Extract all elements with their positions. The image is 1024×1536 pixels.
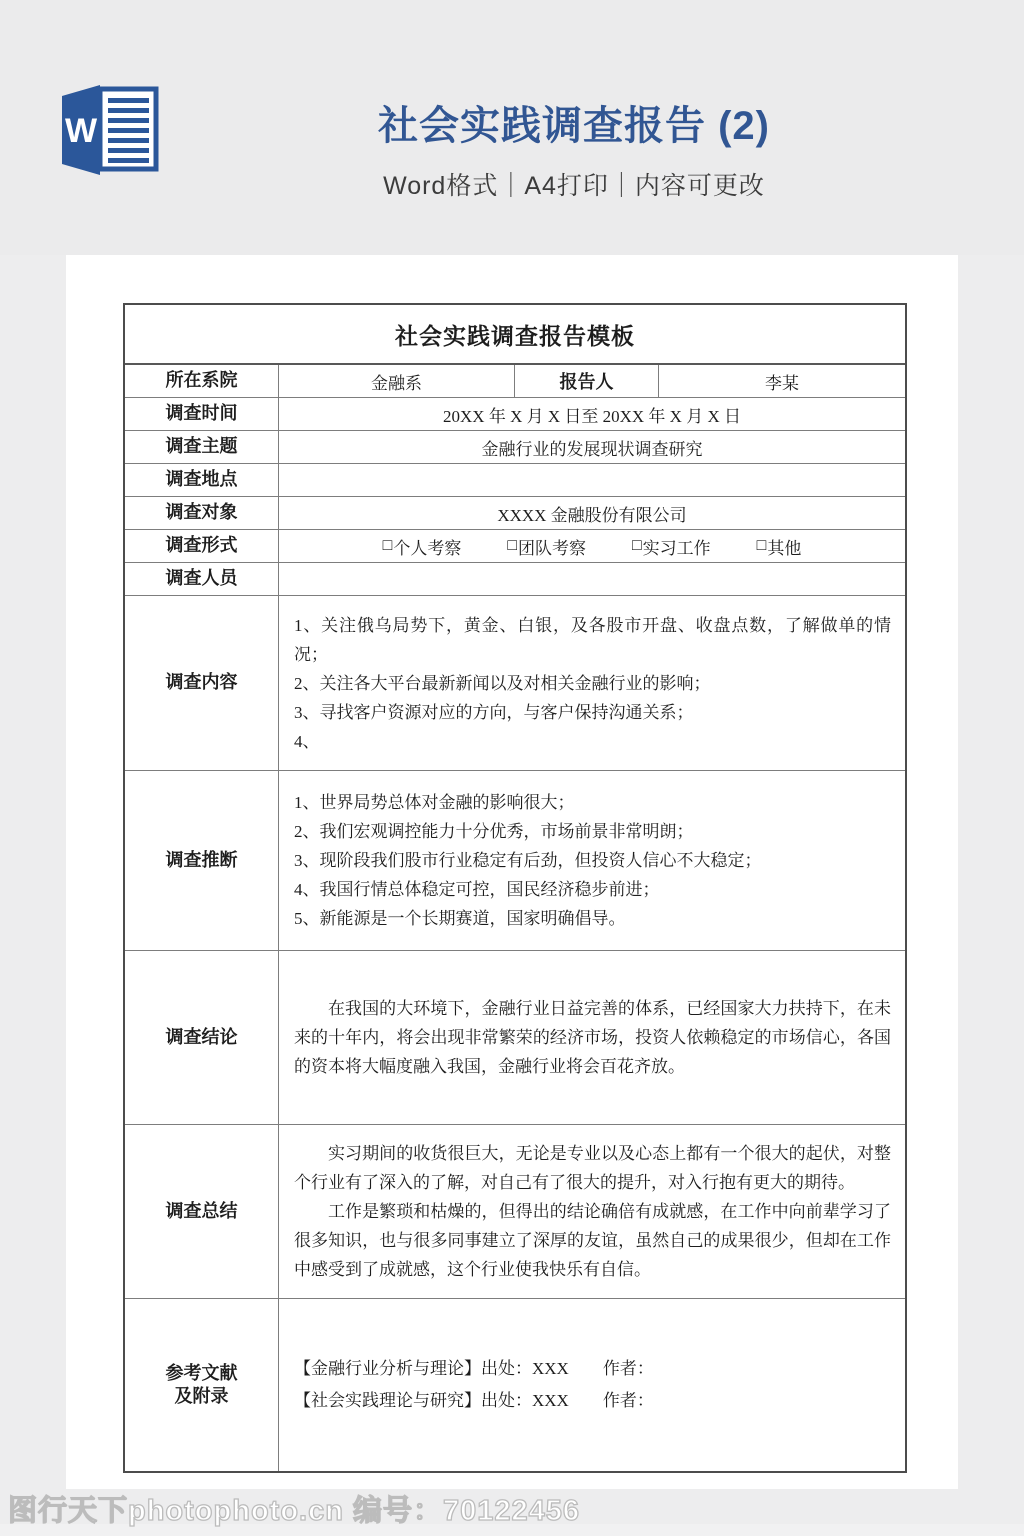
section-label: 调查内容: [125, 596, 279, 770]
checkbox-icon: □: [507, 537, 517, 555]
checkbox-icon: □: [757, 537, 767, 555]
content-line: 3、寻找客户资源对应的方向，与客户保持沟通关系；: [294, 698, 891, 727]
row-label: 调查对象: [125, 497, 279, 529]
row-label: 调查主题: [125, 431, 279, 463]
section-content: 调查内容 1、关注俄乌局势下，黄金、白银，及各股市开盘、收盘点数，了解做单的情况…: [125, 596, 905, 771]
section-references: 参考文献 及附录 【金融行业分析与理论】出处：XXX 作者： 【社会实践理论与研…: [125, 1299, 905, 1471]
word-letter: W: [65, 112, 98, 150]
report-table: 社会实践调查报告模板 所在系院 金融系 报告人 李某 调查时间 20XX 年 X…: [123, 303, 907, 1473]
target-value: XXXX 金融股份有限公司: [279, 497, 905, 529]
inference-line: 5、新能源是一个长期赛道，国家明确倡导。: [294, 904, 891, 933]
section-body: 1、关注俄乌局势下，黄金、白银，及各股市开盘、收盘点数，了解做单的情况； 2、关…: [279, 596, 905, 770]
section-label: 参考文献 及附录: [125, 1299, 279, 1471]
summary-paragraph: 工作是繁琐和枯燥的，但得出的结论确倍有成就感，在工作中向前辈学习了很多知识，也与…: [294, 1197, 891, 1284]
inference-line: 3、现阶段我们股市行业稳定有后劲，但投资人信心不大稳定；: [294, 846, 891, 875]
content-line: 1、关注俄乌局势下，黄金、白银，及各股市开盘、收盘点数，了解做单的情况；: [294, 611, 891, 669]
content-line: 4、: [294, 727, 891, 756]
reference-line: 【社会实践理论与研究】出处：XXX 作者：: [294, 1385, 891, 1417]
summary-paragraph: 实习期间的收货很巨大，无论是专业以及心态上都有一个很大的起伏，对整个行业有了深入…: [294, 1139, 891, 1197]
personnel-value: [279, 563, 905, 595]
preview-header: W 社会实践调查报告 (2) Word格式｜A4打印｜内容可更改: [0, 0, 1024, 255]
checkbox-option-team[interactable]: □ 团队考察: [507, 534, 586, 559]
checkbox-option-internship[interactable]: □ 实习工作: [632, 534, 711, 559]
checkbox-label: 个人考察: [393, 534, 461, 559]
location-value: [279, 464, 905, 496]
section-conclusion: 调查结论 在我国的大环境下，金融行业日益完善的体系，已经国家大力扶持下，在未来的…: [125, 951, 905, 1125]
section-body: 实习期间的收货很巨大，无论是专业以及心态上都有一个很大的起伏，对整个行业有了深入…: [279, 1125, 905, 1298]
references-label-line1: 参考文献: [166, 1362, 238, 1385]
row-label: 所在系院: [125, 365, 279, 397]
row-label: 调查形式: [125, 530, 279, 562]
inference-line: 2、我们宏观调控能力十分优秀，市场前景非常明朗；: [294, 817, 891, 846]
table-title: 社会实践调查报告模板: [125, 305, 905, 365]
checkbox-label: 团队考察: [518, 534, 586, 559]
checkbox-option-personal[interactable]: □ 个人考察: [383, 534, 462, 559]
table-row-target: 调查对象 XXXX 金融股份有限公司: [125, 497, 905, 530]
table-row-personnel: 调查人员: [125, 563, 905, 596]
department-value: 金融系: [279, 365, 515, 397]
table-row-department: 所在系院 金融系 报告人 李某: [125, 365, 905, 398]
table-row-topic: 调查主题 金融行业的发展现状调查研究: [125, 431, 905, 464]
template-title: 社会实践调查报告 (2): [124, 94, 1024, 151]
reporter-value: 李某: [659, 365, 905, 397]
inference-line: 4、我国行情总体稳定可控，国民经济稳步前进；: [294, 875, 891, 904]
form-options: □ 个人考察 □ 团队考察 □ 实习工作 □ 其他: [279, 530, 905, 562]
topic-value: 金融行业的发展现状调查研究: [279, 431, 905, 463]
section-body: 1、世界局势总体对金融的影响很大； 2、我们宏观调控能力十分优秀，市场前景非常明…: [279, 771, 905, 950]
table-row-time: 调查时间 20XX 年 X 月 X 日至 20XX 年 X 月 X 日: [125, 398, 905, 431]
section-label: 调查推断: [125, 771, 279, 950]
section-label: 调查总结: [125, 1125, 279, 1298]
reference-line: 【金融行业分析与理论】出处：XXX 作者：: [294, 1353, 891, 1385]
template-subtitle: Word格式｜A4打印｜内容可更改: [124, 166, 1024, 202]
time-value: 20XX 年 X 月 X 日至 20XX 年 X 月 X 日: [279, 398, 905, 430]
content-line: 2、关注各大平台最新新闻以及对相关金融行业的影响；: [294, 669, 891, 698]
section-body: 在我国的大环境下，金融行业日益完善的体系，已经国家大力扶持下，在未来的十年内，将…: [279, 951, 905, 1124]
checkbox-label: 其他: [767, 534, 801, 559]
section-label: 调查结论: [125, 951, 279, 1124]
checkbox-label: 实习工作: [643, 534, 711, 559]
section-body: 【金融行业分析与理论】出处：XXX 作者： 【社会实践理论与研究】出处：XXX …: [279, 1299, 905, 1471]
inference-line: 1、世界局势总体对金融的影响很大；: [294, 788, 891, 817]
watermark-text: 图行天下photophoto.cn 编号：70122456: [8, 1488, 580, 1529]
row-label: 调查人员: [125, 563, 279, 595]
conclusion-paragraph: 在我国的大环境下，金融行业日益完善的体系，已经国家大力扶持下，在未来的十年内，将…: [294, 994, 891, 1081]
section-summary: 调查总结 实习期间的收货很巨大，无论是专业以及心态上都有一个很大的起伏，对整个行…: [125, 1125, 905, 1299]
checkbox-option-other[interactable]: □ 其他: [757, 534, 802, 559]
document-page: 社会实践调查报告模板 所在系院 金融系 报告人 李某 调查时间 20XX 年 X…: [66, 255, 958, 1489]
table-row-form: 调查形式 □ 个人考察 □ 团队考察 □ 实习工作 □ 其他: [125, 530, 905, 563]
section-inference: 调查推断 1、世界局势总体对金融的影响很大； 2、我们宏观调控能力十分优秀，市场…: [125, 771, 905, 951]
table-row-location: 调查地点: [125, 464, 905, 497]
row-label-reporter: 报告人: [515, 365, 659, 397]
checkbox-icon: □: [632, 537, 642, 555]
row-label: 调查时间: [125, 398, 279, 430]
references-label-line2: 及附录: [166, 1385, 238, 1408]
row-label: 调查地点: [125, 464, 279, 496]
checkbox-icon: □: [383, 537, 393, 555]
